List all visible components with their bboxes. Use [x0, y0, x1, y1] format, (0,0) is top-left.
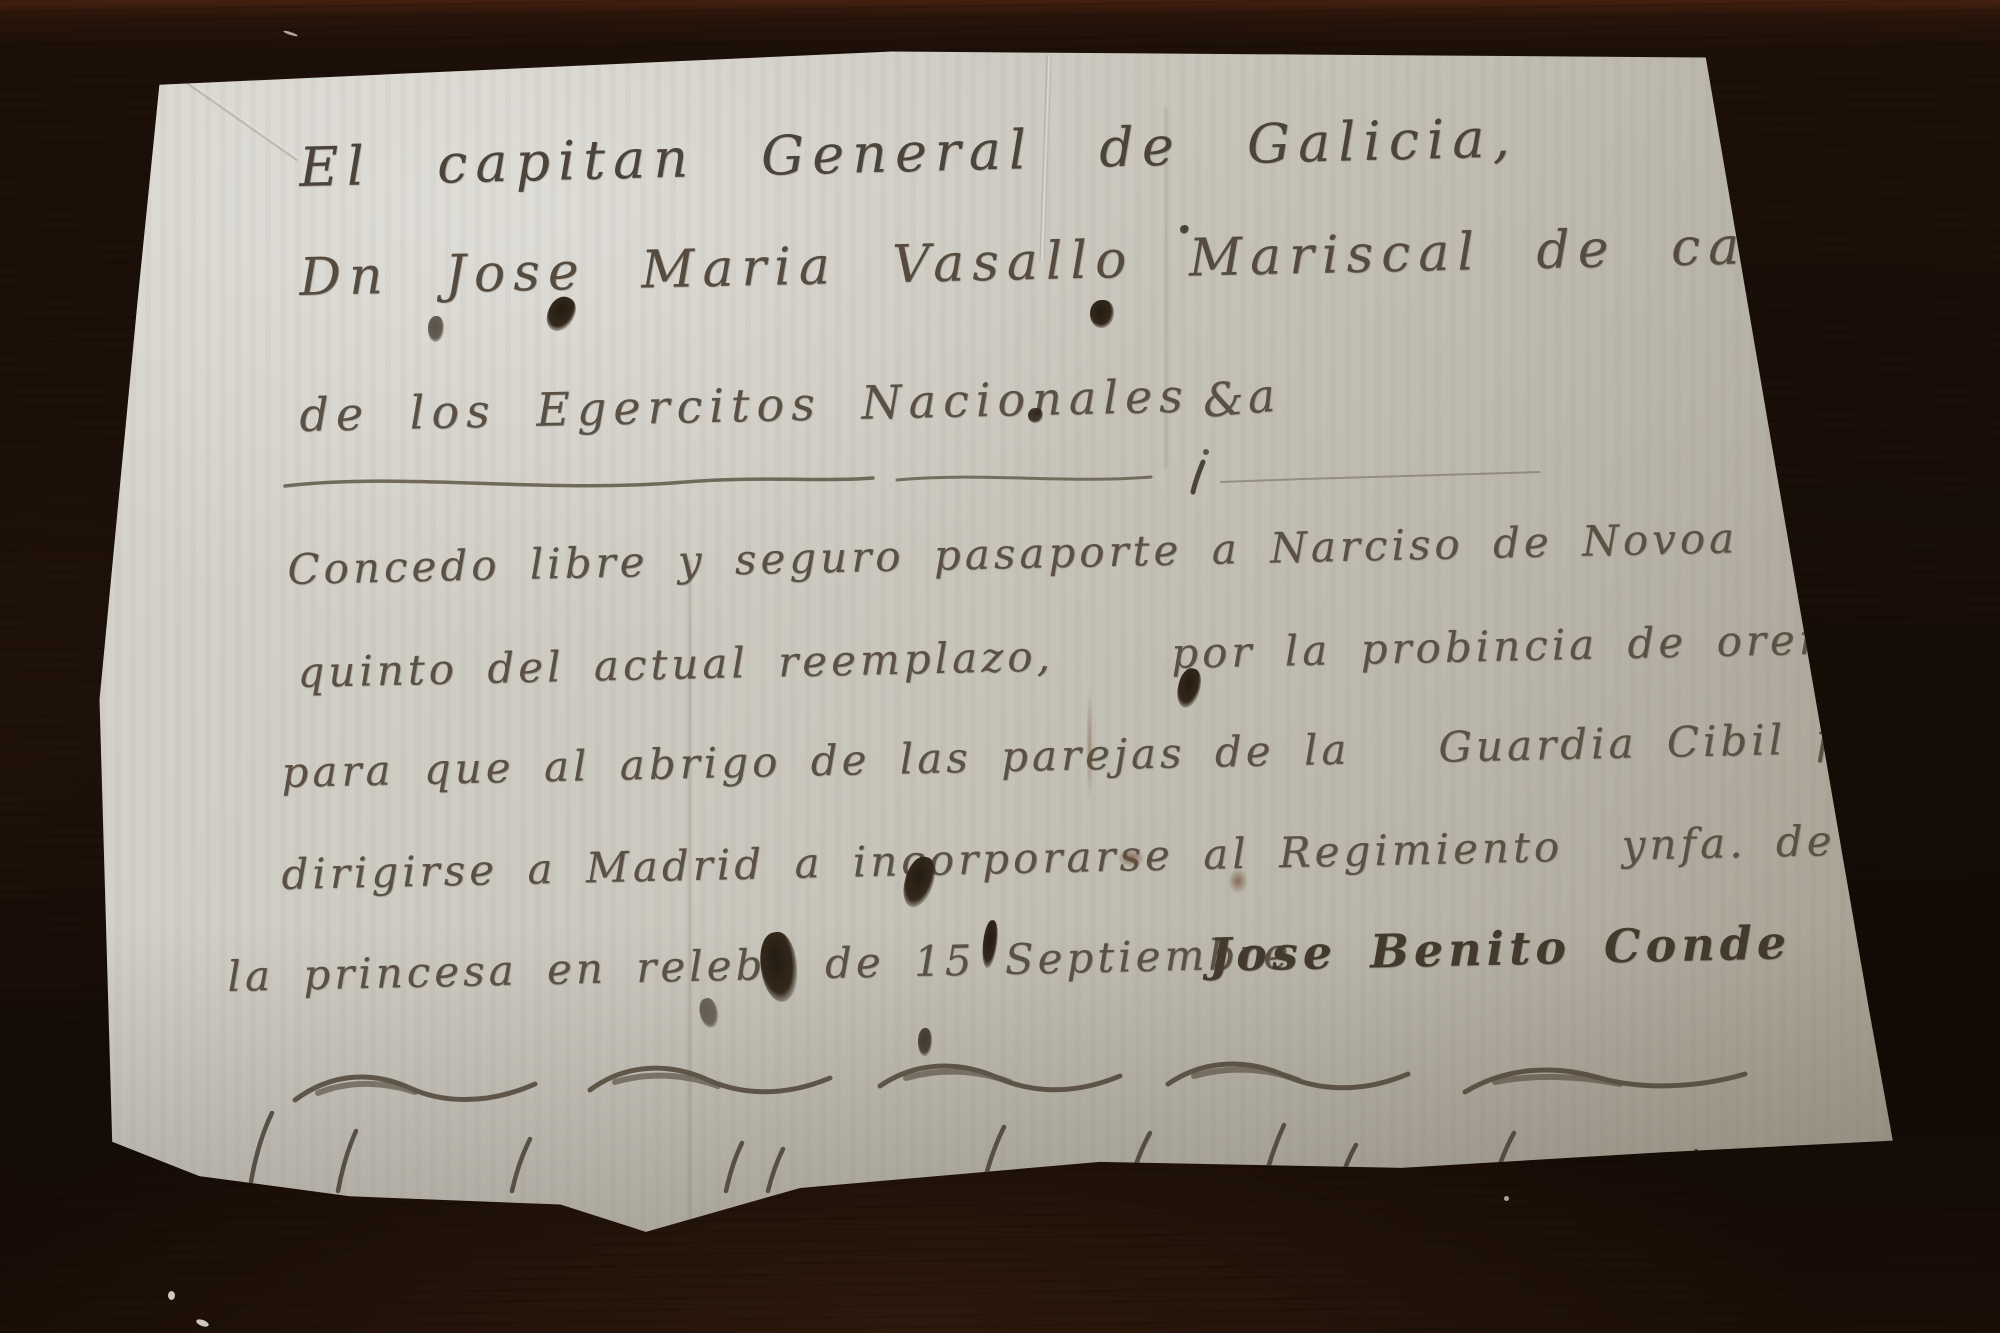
photo-background: El capitan General de Galicia, Dn Jose M… [0, 0, 2000, 1333]
ink-smudge [1228, 868, 1248, 894]
ink-blot [697, 996, 722, 1029]
ink-blot [428, 316, 444, 342]
body-line-2: quinto del actual reemplazo, por la prob… [297, 613, 1885, 697]
manuscript-heading: El capitan General de Galicia, [298, 106, 1518, 199]
ink-smudge [1117, 848, 1145, 868]
etcetera-mark: &a [1200, 368, 1281, 428]
body-line-4: dirigirse a Madrid a incorporarse al Reg… [281, 816, 1836, 899]
manuscript-army-line: de los Egercitos Nacionales [299, 369, 1190, 442]
signature: Jose Benito Conde [1209, 915, 1792, 982]
dust-speck [168, 1291, 175, 1300]
ink-smudge [1086, 688, 1093, 803]
manuscript-paper: El capitan General de Galicia, Dn Jose M… [85, 48, 1900, 1233]
ink-blot [1090, 300, 1114, 328]
dust-speck [1504, 1196, 1509, 1201]
manuscript-addressee: Dn Jose Maria Vasallo Mariscal de campo [299, 213, 1886, 308]
body-line-3: para que al abrigo de las parejas de la … [281, 711, 1967, 797]
divider-flourish-icon [285, 448, 1545, 508]
body-line-1: Concedo libre y seguro pasaporte a Narci… [287, 513, 1739, 594]
